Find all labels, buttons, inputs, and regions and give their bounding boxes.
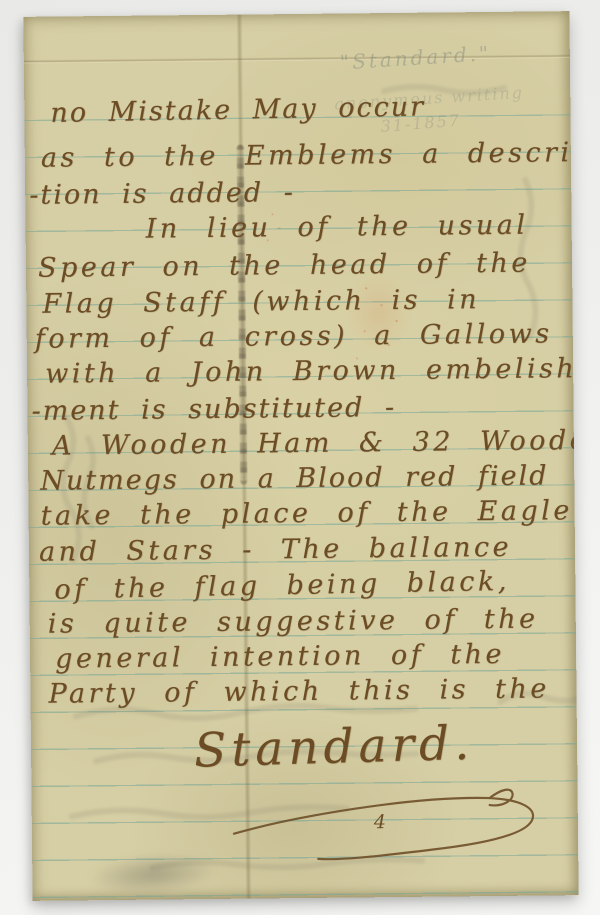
handwritten-line: form of a cross) a Gallows [35,318,553,354]
signature: Standard. [193,716,474,779]
handwritten-line: Spear on the head of the [38,248,531,284]
letter-page: "Standard." anonymous writing 31-1857 no… [23,11,578,901]
handwritten-line: general intention of the [55,639,505,675]
handwritten-line: In lieu of the usual [145,210,528,245]
handwritten-line: of the flag being black, [54,566,510,606]
scan-background: "Standard." anonymous writing 31-1857 no… [0,0,600,915]
handwritten-line: Flag Staff (which is in [42,284,480,320]
handwritten-line: take the place of the Eagle [40,495,573,532]
flourish-paraph: 4 [374,811,386,833]
handwritten-line: Nutmegs on a Blood red field [40,460,549,496]
signature-flourish [221,784,552,879]
handwritten-line: no Mistake May occur [50,91,425,129]
handwritten-line: with a John Brown embelish [45,353,577,390]
handwritten-line: -ment is substituted - [31,392,396,427]
handwritten-line: as to the Emblems a descrip [41,137,579,174]
handwritten-line: and Stars - The ballance [39,532,512,568]
handwritten-line: -tion is added - [29,177,295,211]
handwritten-line: A Wooden Ham & 32 Wooden [52,425,579,462]
handwritten-line: is quite suggestive of the [48,604,539,640]
handwritten-line: Party of which this is the [48,673,550,709]
